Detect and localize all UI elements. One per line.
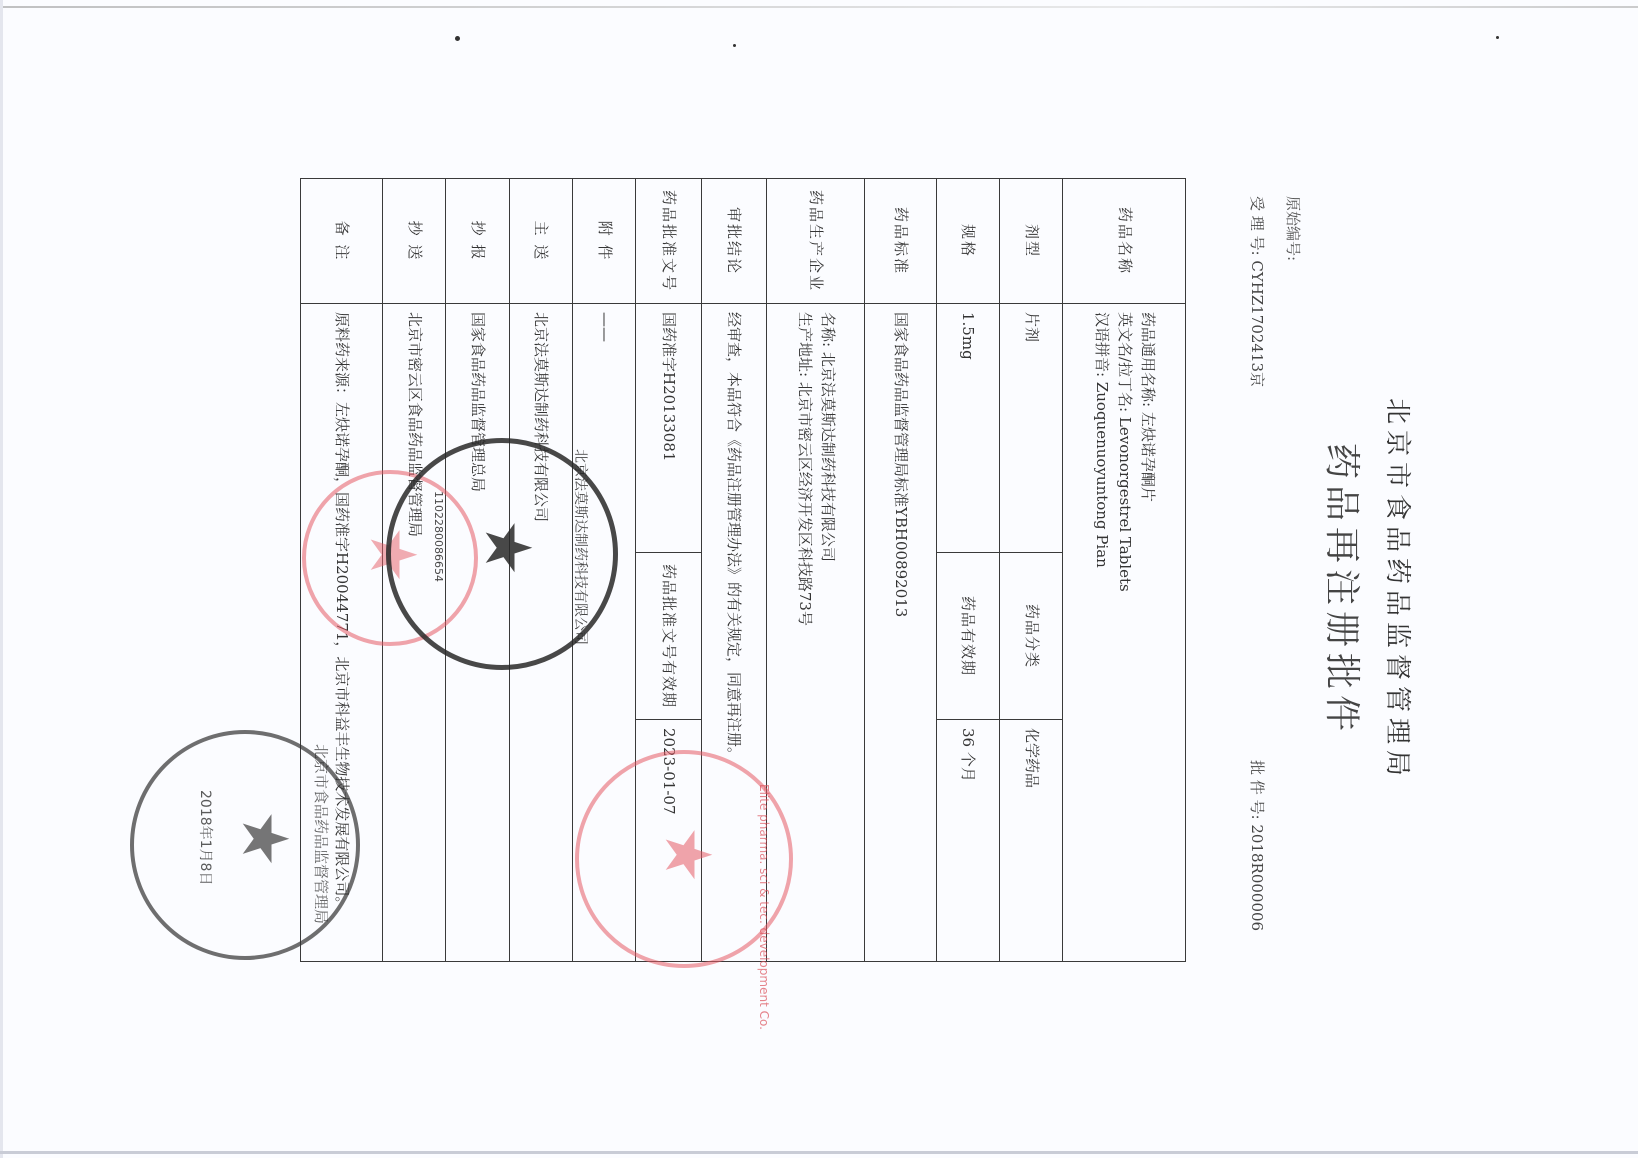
table-row: 药品生产企业 名称: 北京法莫斯达制药科技有限公司 生产地址: 北京市密云区经济… [767,179,865,962]
manufacturer-label: 药品生产企业 [767,179,865,304]
table-row: 药品名称 药品通用名称: 左炔诺孕酮片 英文名/拉丁名: Levonorgest… [1063,179,1186,962]
table-row: 规格 1.5mg 药品有效期 36 个月 [936,179,999,962]
approval-doc-number-value: 国药准字H20133081 [636,304,701,553]
original-number: 原始编号: [1283,196,1304,261]
manufacturer-name-label: 名称: [819,312,837,347]
original-number-label: 原始编号: [1284,196,1302,261]
manufacturer-address-label: 生产地址: [796,312,814,377]
generic-name: 左炔诺孕酮片 [1139,412,1157,502]
validity-value: 36 个月 [936,720,999,962]
manufacturer-address: 北京市密云区经济开发区科技路73号 [796,382,814,626]
report-to-label: 抄 报 [446,179,509,304]
approval-number-value: 2018R000006 [1248,824,1266,931]
attachment-value: —— [572,304,635,962]
remarks-label: 备 注 [301,179,383,304]
approval-conclusion-label: 审批结论 [701,179,766,304]
drug-standard-value: 国家食品药品监督管理局标准YBH00892013 [865,304,937,962]
table-row: 抄 送 北京市密云区食品药品监督管理局 [382,179,445,962]
pinyin: Zuoquenuoyuntong Pian [1093,382,1111,568]
table-row: 剂型 片剂 药品分类 化学药品 [1000,179,1063,962]
validity-label: 药品有效期 [936,553,999,720]
remarks-value: 原料药来源：左炔诺孕酮，国药准字H20044771，北京市科益丰生物技术发展有限… [301,304,383,962]
table-row: 审批结论 经审查，本品符合《药品注册管理办法》的有关规定，同意再注册。 [701,179,766,962]
approval-validity-label: 药品批准文号有效期 [636,553,701,720]
copy-to-value: 北京市密云区食品药品监督管理局 [382,304,445,962]
attachment-label: 附 件 [572,179,635,304]
issuing-authority: 北京市食品药品监督管理局 [1381,200,1418,980]
seal-star-icon: ★ [232,810,296,867]
specification-label: 规格 [936,179,999,304]
approval-number: 批 件 号: 2018R000006 [1247,760,1268,931]
table-row: 药品批准文号 国药准字H20133081 药品批准文号有效期 2023-01-0… [636,179,701,962]
report-to-value: 国家食品药品监督管理总局 [446,304,509,962]
table-row: 附 件 —— [572,179,635,962]
copy-to-label: 抄 送 [382,179,445,304]
manufacturer-cell: 名称: 北京法莫斯达制药科技有限公司 生产地址: 北京市密云区经济开发区科技路7… [767,304,865,962]
manufacturer-name: 北京法莫斯达制药科技有限公司 [819,352,837,562]
approval-doc-number-label: 药品批准文号 [636,179,701,304]
table-row: 主 送 北京法莫斯达制药科技有限公司 [509,179,572,962]
acceptance-number: 受 理 号: CYHZ1702413京 [1247,196,1268,387]
dosage-form-value: 片剂 [1000,304,1063,553]
approval-number-label: 批 件 号: [1248,760,1266,820]
generic-name-label: 药品通用名称: [1139,312,1157,407]
acceptance-number-value: CYHZ1702413京 [1248,260,1266,387]
document-page: 北京市食品药品监督管理局 药品再注册批件 原始编号: 受 理 号: CYHZ17… [0,0,1638,1158]
dosage-form-label: 剂型 [1000,179,1063,304]
table-row: 备 注 原料药来源：左炔诺孕酮，国药准字H20044771，北京市科益丰生物技术… [301,179,383,962]
approval-table: 药品名称 药品通用名称: 左炔诺孕酮片 英文名/拉丁名: Levonorgest… [300,178,1186,962]
approval-validity-value: 2023-01-07 [636,720,701,962]
approval-conclusion-value: 经审查，本品符合《药品注册管理办法》的有关规定，同意再注册。 [701,304,766,962]
drug-name-cell: 药品通用名称: 左炔诺孕酮片 英文名/拉丁名: Levonorgestrel T… [1063,304,1186,962]
specification-value: 1.5mg [936,304,999,553]
drug-category-label: 药品分类 [1000,553,1063,720]
main-recipient-value: 北京法莫斯达制药科技有限公司 [509,304,572,962]
authority-seal-date: 2018年1月8日 [196,790,216,885]
english-name: Levonorgestrel Tablets [1116,417,1134,592]
table-row: 抄 报 国家食品药品监督管理总局 [446,179,509,962]
drug-category-value: 化学药品 [1000,720,1063,962]
document-title: 药品再注册批件 [1319,200,1370,980]
table-row: 药品标准 国家食品药品监督管理局标准YBH00892013 [865,179,937,962]
drug-name-label: 药品名称 [1063,179,1186,304]
pinyin-label: 汉语拼音: [1093,312,1111,377]
acceptance-number-label: 受 理 号: [1248,196,1266,256]
drug-standard-label: 药品标准 [865,179,937,304]
english-name-label: 英文名/拉丁名: [1116,312,1134,412]
main-recipient-label: 主 送 [509,179,572,304]
